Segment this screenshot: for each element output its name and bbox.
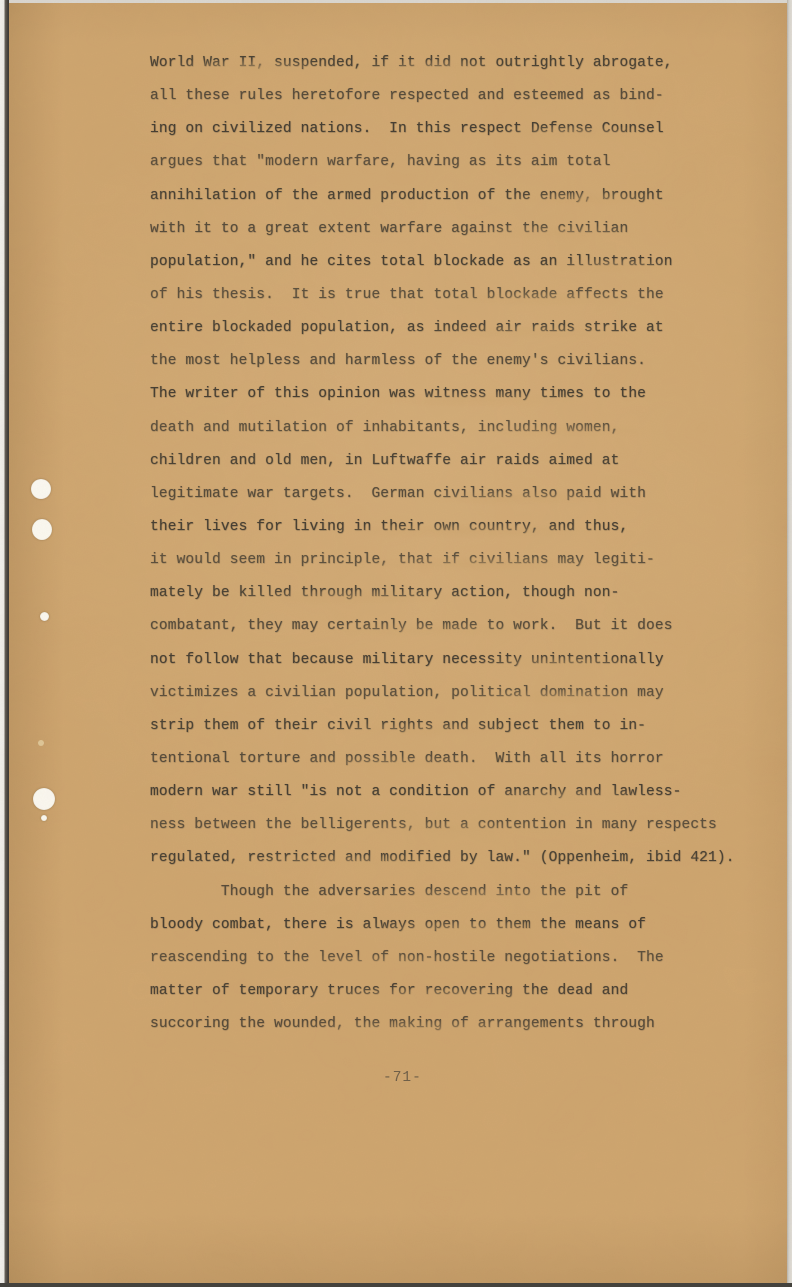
typed-line: all these rules heretofore respected and… [150, 80, 735, 113]
typed-line: with it to a great extent warfare agains… [150, 213, 735, 246]
typed-line: ing on civilized nations. In this respec… [150, 113, 735, 146]
paper-blemish [41, 815, 47, 821]
typed-text-body: World War II, suspended, if it did not o… [150, 47, 735, 1041]
typed-line: the most helpless and harmless of the en… [150, 345, 735, 378]
typed-line: ness between the belligerents, but a con… [150, 809, 735, 842]
typed-line: mately be killed through military action… [150, 577, 735, 610]
typed-line: entire blockaded population, as indeed a… [150, 312, 735, 345]
scan-edge-right [787, 0, 792, 1287]
typed-line: regulated, restricted and modified by la… [150, 842, 735, 875]
typed-line: strip them of their civil rights and sub… [150, 710, 735, 743]
typed-line: of his thesis. It is true that total blo… [150, 279, 735, 312]
typed-line: not follow that because military necessi… [150, 644, 735, 677]
scan-edge-left [0, 0, 9, 1287]
typed-line: combatant, they may certainly be made to… [150, 610, 735, 643]
hole-punch [31, 479, 51, 499]
typed-line: death and mutilation of inhabitants, inc… [150, 412, 735, 445]
typed-line: it would seem in principle, that if civi… [150, 544, 735, 577]
typed-line: Though the adversaries descend into the … [150, 876, 735, 909]
scan-edge-bottom [0, 1283, 792, 1287]
typed-line: matter of temporary truces for recoverin… [150, 975, 735, 1008]
page-number: -71- [383, 1070, 422, 1086]
typed-line: argues that "modern warfare, having as i… [150, 146, 735, 179]
typed-line: modern war still "is not a condition of … [150, 776, 735, 809]
paper-blemish [40, 612, 49, 621]
hole-punch [32, 519, 52, 540]
typed-line: World War II, suspended, if it did not o… [150, 47, 735, 80]
typed-line: tentional torture and possible death. Wi… [150, 743, 735, 776]
typed-line: succoring the wounded, the making of arr… [150, 1008, 735, 1041]
typed-line: annihilation of the armed production of … [150, 180, 735, 213]
paper-blemish [38, 740, 44, 746]
typed-line: reascending to the level of non-hostile … [150, 942, 735, 975]
typed-line: bloody combat, there is always open to t… [150, 909, 735, 942]
scanned-page: World War II, suspended, if it did not o… [0, 0, 792, 1287]
typed-line: The writer of this opinion was witness m… [150, 378, 735, 411]
typed-line: victimizes a civilian population, politi… [150, 677, 735, 710]
scan-edge-top [0, 0, 792, 3]
typed-line: population," and he cites total blockade… [150, 246, 735, 279]
typed-line: their lives for living in their own coun… [150, 511, 735, 544]
typed-line: children and old men, in Luftwaffe air r… [150, 445, 735, 478]
hole-punch [33, 788, 55, 810]
typed-line: legitimate war targets. German civilians… [150, 478, 735, 511]
